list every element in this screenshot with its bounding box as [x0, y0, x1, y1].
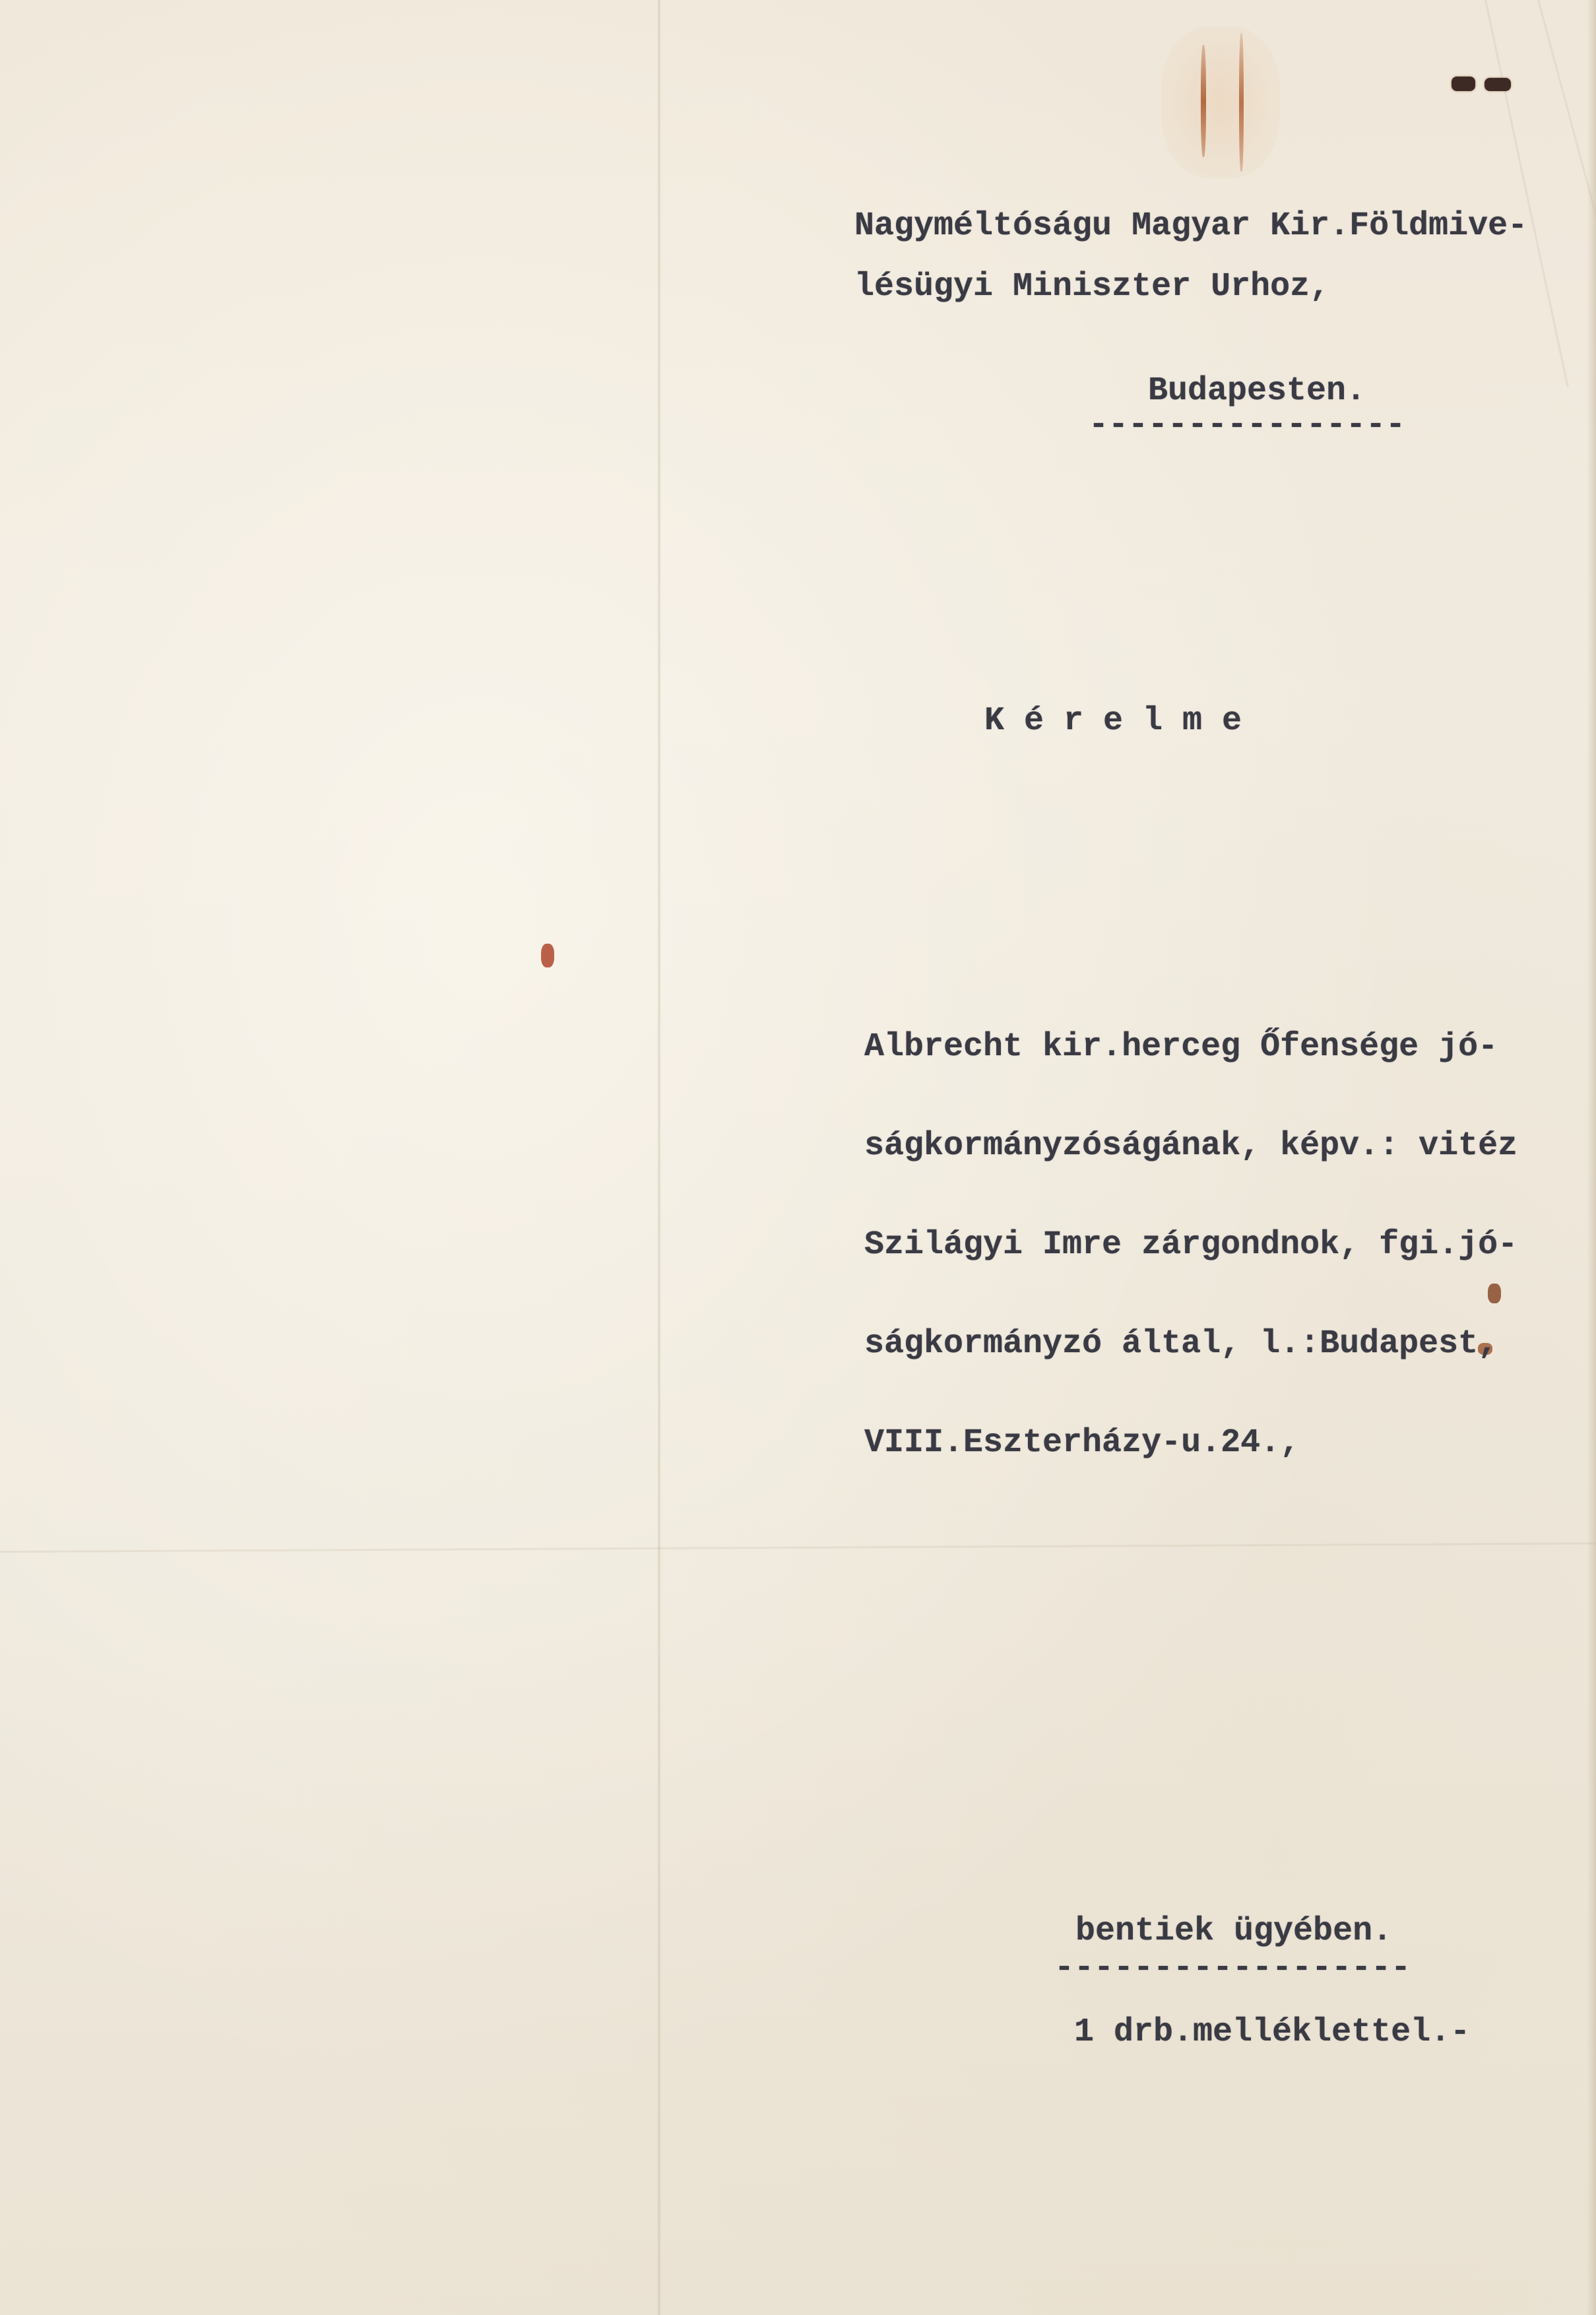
addressee-line-2: lésügyi Miniszter Urhoz, [854, 271, 1329, 304]
paper-edge-shadow [1587, 0, 1596, 2315]
rust-halo [1161, 26, 1280, 178]
petitioner-line: ságkormányzóságának, képv.: vitéz [864, 1130, 1517, 1163]
city-underline: ---------------- [1089, 409, 1405, 442]
document-title: Kérelme [984, 705, 1261, 738]
petitioner-line: Szilágyi Imre zárgondnok, fgi.jó- [864, 1229, 1517, 1262]
petitioner-line: ságkormányzó által, l.:Budapest, [864, 1328, 1517, 1361]
vertical-fold-line [657, 0, 661, 2315]
subject-underline: ------------------ [1054, 1952, 1411, 1985]
subject-text: bentiek ügyében. [1075, 1915, 1392, 1948]
petitioner-block: Albrecht kir.herceg Őfensége jó- ságkorm… [864, 965, 1517, 1493]
staple-hole-icon [1452, 77, 1475, 91]
petitioner-line: Albrecht kir.herceg Őfensége jó- [864, 1031, 1517, 1064]
rust-spot-icon [541, 944, 554, 967]
petitioner-line: VIII.Eszterházy-u.24., [864, 1427, 1517, 1460]
addressee-city: Budapesten. [1148, 375, 1366, 408]
addressee-line-1: Nagyméltóságu Magyar Kir.Földmive- [854, 210, 1527, 243]
staple-hole-icon [1484, 78, 1511, 91]
attachment-note: 1 drb.melléklettel.- [1074, 2016, 1470, 2049]
